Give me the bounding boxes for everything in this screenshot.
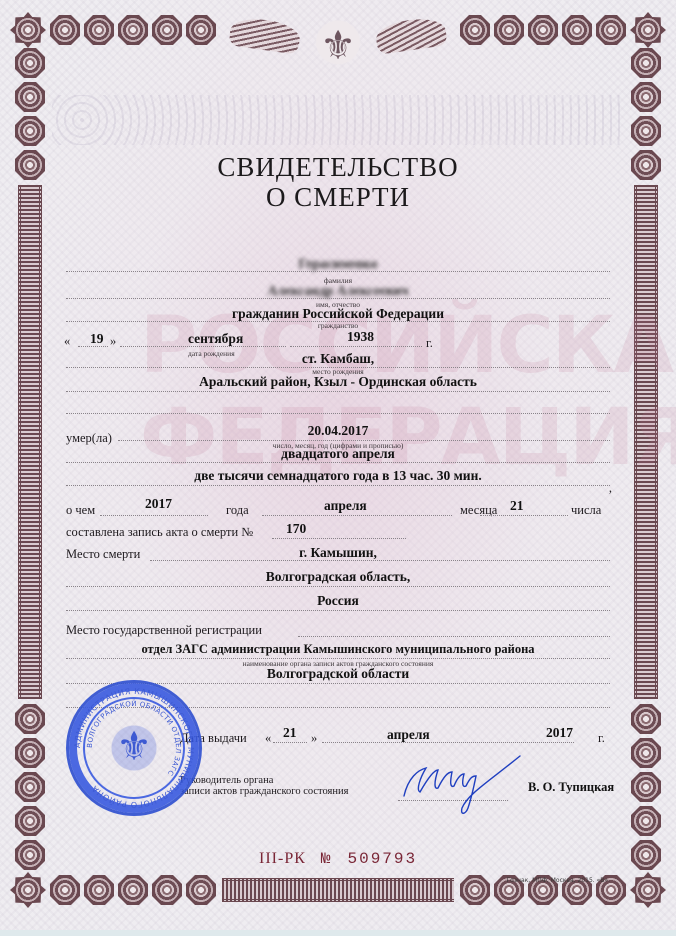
death-date-digits: 20.04.2017 (0, 423, 676, 439)
registration-line1: отдел ЗАГС администрации Камышинского му… (0, 642, 676, 657)
signature (398, 748, 528, 818)
record-act-label: составлена запись акта о смерти № (66, 525, 253, 540)
death-words-line1-rule (66, 461, 610, 463)
registration-line2: Волгоградской области (0, 666, 676, 682)
birth-place-line1: ст. Камбаш, (0, 351, 676, 367)
record-day-label: числа (571, 503, 601, 518)
place-of-death-line3-rule (66, 609, 610, 611)
serial-series: III-РК (259, 850, 306, 867)
issue-day: 21 (283, 725, 297, 741)
registration-label: Место государственной регистрации (66, 623, 262, 638)
serial-number-sign: № (321, 850, 333, 868)
guilloche-pattern (52, 95, 624, 145)
birth-year-suffix: г. (426, 336, 433, 351)
birth-day: 19 (90, 331, 104, 347)
citizenship-hint: гражданство (0, 321, 676, 330)
place-of-death-line3: Россия (0, 593, 676, 609)
death-certificate: ⚜ РОССИЙСКАЯ ФЕДЕРАЦИЯ СВИДЕТЕЛЬСТВО О С… (0, 0, 676, 930)
birth-quote-close: » (110, 334, 116, 349)
death-date-words-line2: две тысячи семнадцатого года в 13 час. 3… (0, 468, 676, 484)
eagle-emblem-icon: ⚜ (109, 719, 159, 775)
official-seal: АДМИНИСТРАЦИЯ КАМЫШИНСКОГО МУНИЦИПАЛЬНОГ… (66, 680, 202, 816)
birth-month: сентября (188, 331, 243, 347)
death-trailing-comma: , (609, 481, 612, 496)
birth-place-line2: Аральский район, Кзыл - Ординская област… (0, 374, 676, 390)
place-of-death-line2-rule (66, 585, 610, 587)
printer-mark: Гознак, МПФ, Москва, 2015. «В». (507, 877, 610, 884)
birth-quote-open: « (64, 334, 70, 349)
issue-year: 2017 (546, 725, 573, 741)
death-spacer-line (66, 412, 610, 414)
place-of-death-line2: Волгоградская область, (0, 569, 676, 585)
birth-place-line2-rule (66, 390, 610, 392)
surname-line (66, 270, 610, 272)
issue-quote-close: » (311, 731, 317, 746)
record-act-number: 170 (286, 521, 306, 537)
record-day: 21 (510, 498, 524, 514)
signatory-role: Руководитель органа записи актов граждан… (180, 775, 348, 797)
document-title: СВИДЕТЕЛЬСТВО О СМЕРТИ (0, 152, 676, 212)
record-year: 2017 (145, 496, 172, 512)
issue-quote-open: « (265, 731, 271, 746)
record-prefix: о чем (66, 503, 95, 518)
serial-number: III-РК № 509793 (259, 850, 417, 868)
record-month: апреля (324, 498, 367, 514)
serial-number-value: 509793 (348, 850, 418, 868)
death-date-words-line1: двадцатого апреля (0, 446, 676, 462)
given-names-line (66, 297, 610, 299)
death-words-line2-rule (66, 484, 610, 486)
issue-year-suffix: г. (598, 731, 605, 746)
place-of-death-line1: г. Камышин, (0, 545, 676, 561)
record-year-label: года (226, 503, 249, 518)
birth-year: 1938 (347, 329, 374, 345)
signatory-name: В. О. Тупицкая (528, 780, 614, 795)
coat-of-arms-icon: ⚜ (298, 10, 378, 82)
issue-month: апреля (387, 727, 430, 743)
